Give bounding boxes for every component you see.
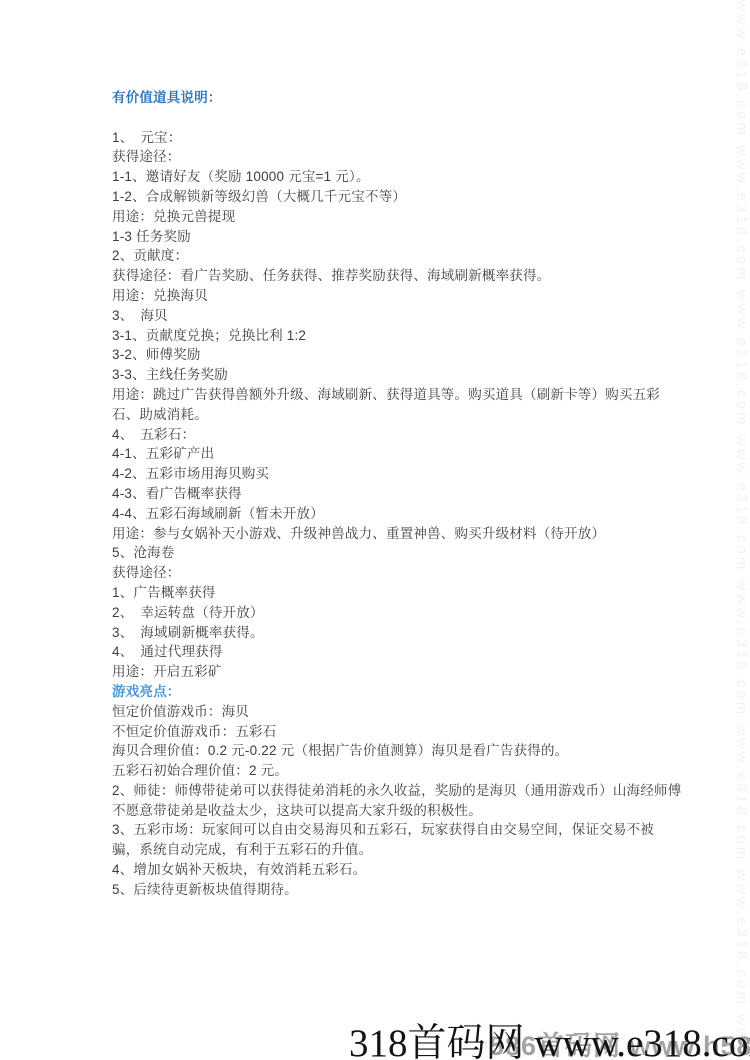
text-line: 3-3、主线任务奖励	[112, 365, 672, 385]
text-line: 2、贡献度：	[112, 246, 672, 266]
text-line: 4、 五彩石：	[112, 425, 672, 445]
text-line: 海贝合理价值：0.2 元-0.22 元（根据广告价值测算）海贝是看广告获得的。	[112, 741, 672, 761]
text-line: 1-3 任务奖励	[112, 227, 672, 247]
section-heading: 有价值道具说明：	[112, 88, 672, 108]
text-line: 4-4、五彩石海域刷新（暂未开放）	[112, 504, 672, 524]
text-line: 用途：跳过广告获得兽额外升级、海域刷新、获得道具等。购买道具（刷新卡等）购买五彩	[112, 385, 672, 405]
watermark-318-shouma: 318首码网 www.e318.com	[349, 1012, 750, 1060]
text-line: 4、增加女娲补天板块，有效消耗五彩石。	[112, 860, 672, 880]
text-line: 5、后续待更新板块值得期待。	[112, 880, 672, 900]
text-line: 3、 海域刷新概率获得。	[112, 623, 672, 643]
text-line: 2、师徒：师傅带徒弟可以获得徒弟消耗的永久收益，奖励的是海贝（通用游戏币）山海经…	[112, 781, 672, 801]
blank-line	[112, 108, 672, 128]
side-watermark-text: www.e318.com www.e318.com www.e318.com w…	[728, 0, 750, 1060]
text-line: 4-3、看广告概率获得	[112, 484, 672, 504]
text-line: 5、沧海卷	[112, 543, 672, 563]
text-line: 骗，系统自动完成，有利于五彩石的升值。	[112, 840, 672, 860]
text-line: 1、广告概率获得	[112, 583, 672, 603]
text-line: 获得途径：	[112, 563, 672, 583]
text-line: 1-1、邀请好友（奖励 10000 元宝=1 元）。	[112, 167, 672, 187]
text-line: 用途：参与女娲补天小游戏、升级神兽战力、重置神兽、购买升级材料（待开放）	[112, 524, 672, 544]
text-line: 4、 通过代理获得	[112, 642, 672, 662]
document-page: 有价值道具说明：1、 元宝：获得途径：1-1、邀请好友（奖励 10000 元宝=…	[0, 0, 750, 1060]
text-line: 获得途径：看广告奖励、任务获得、推荐奖励获得、海域刷新概率获得。	[112, 266, 672, 286]
document-body: 有价值道具说明：1、 元宝：获得途径：1-1、邀请好友（奖励 10000 元宝=…	[112, 88, 672, 900]
text-line: 不恒定价值游戏币：五彩石	[112, 722, 672, 742]
text-line: 石、助威消耗。	[112, 405, 672, 425]
text-line: 不愿意带徒弟是收益太少，这块可以提高大家升级的积极性。	[112, 801, 672, 821]
text-line: 1、 元宝：	[112, 128, 672, 148]
text-line: 4-2、五彩市场用海贝购买	[112, 464, 672, 484]
text-line: 1-2、合成解锁新等级幻兽（大概几千元宝不等）	[112, 187, 672, 207]
text-line: 3-2、师傅奖励	[112, 345, 672, 365]
text-line: 3、 海贝	[112, 306, 672, 326]
text-line: 获得途径：	[112, 147, 672, 167]
text-line: 用途：开启五彩矿	[112, 662, 672, 682]
text-line: 五彩石初始合理价值：2 元。	[112, 761, 672, 781]
text-line: 用途：兑换海贝	[112, 286, 672, 306]
text-line: 用途：兑换元兽提现	[112, 207, 672, 227]
text-line: 4-1、五彩矿产出	[112, 444, 672, 464]
text-line: 3-1、贡献度兑换；兑换比利 1:2	[112, 326, 672, 346]
section-heading: 游戏亮点：	[112, 682, 672, 702]
text-line: 恒定价值游戏币：海贝	[112, 702, 672, 722]
text-line: 3、五彩市场：玩家间可以自由交易海贝和五彩石，玩家获得自由交易空间，保证交易不被	[112, 820, 672, 840]
text-line: 2、 幸运转盘（待开放）	[112, 603, 672, 623]
